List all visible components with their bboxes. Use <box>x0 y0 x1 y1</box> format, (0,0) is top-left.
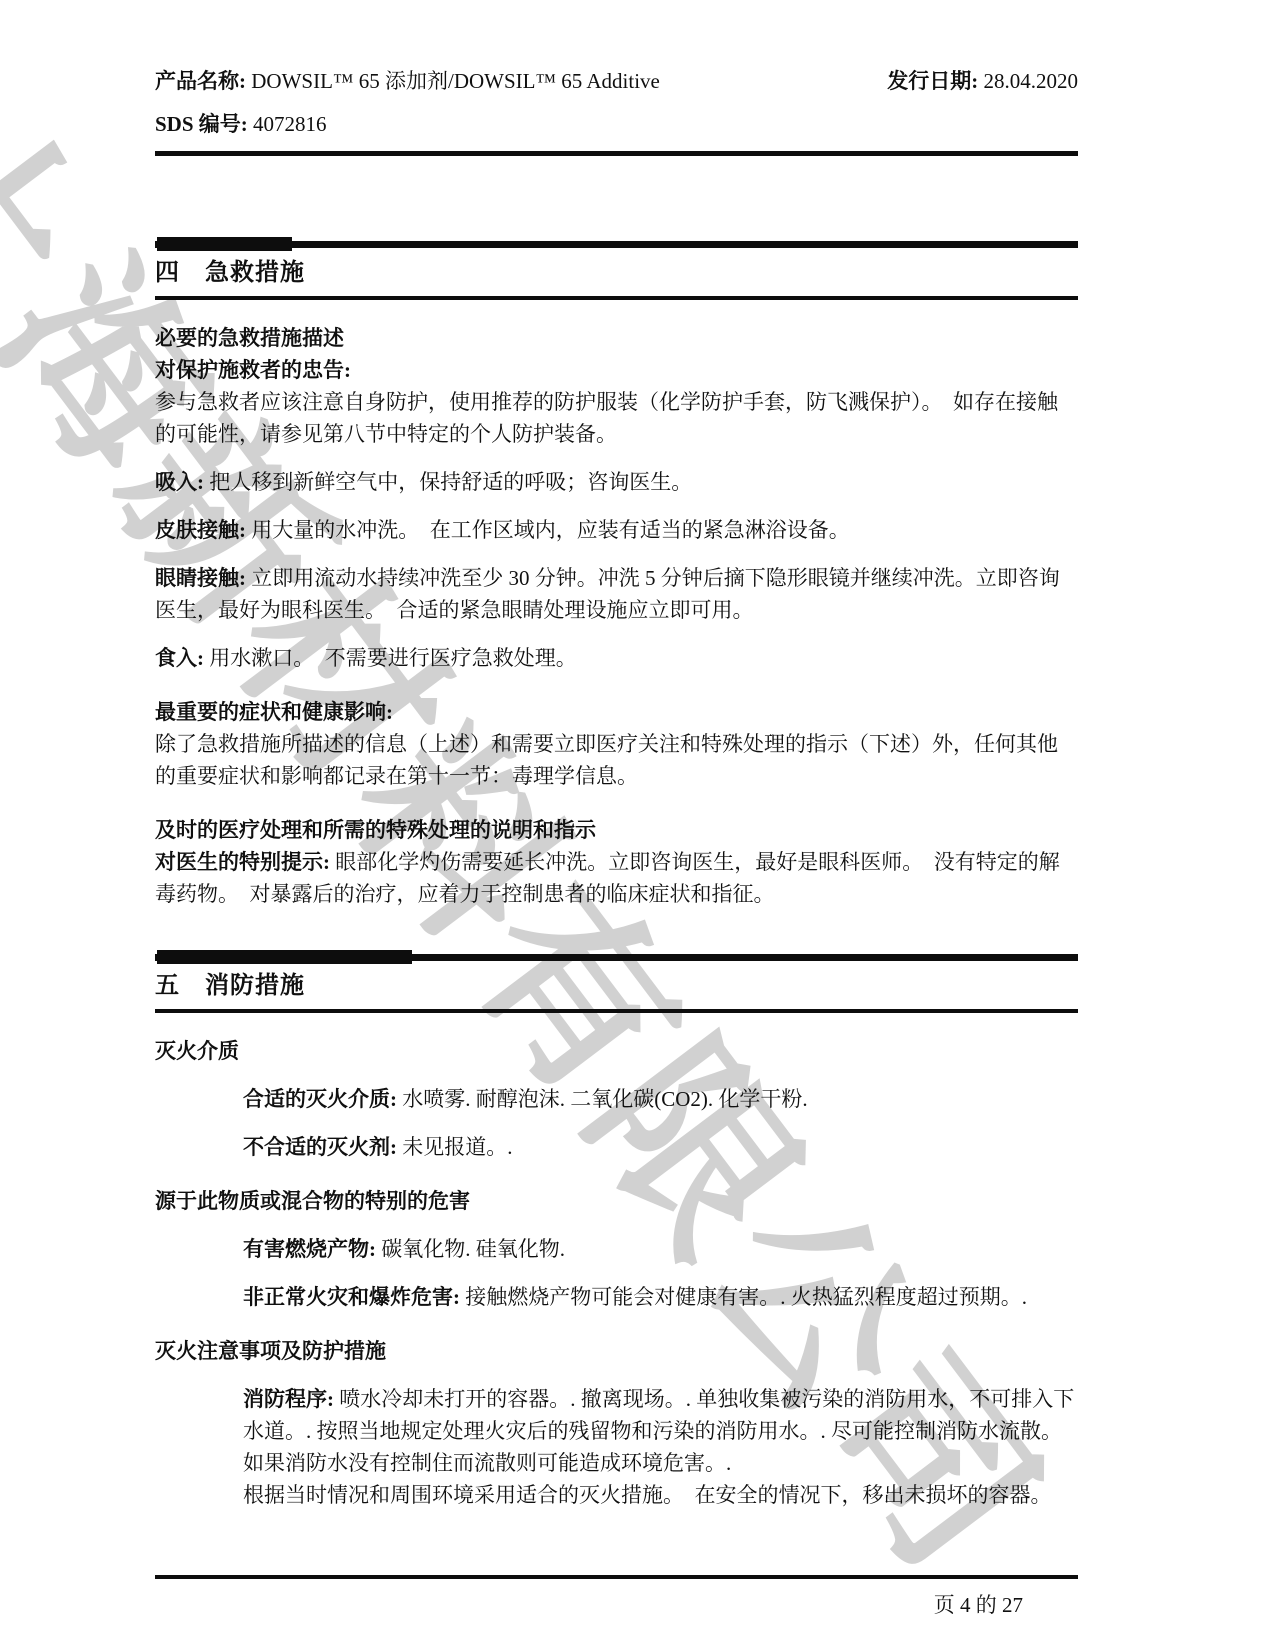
section-rule-bottom <box>155 296 1078 300</box>
sub-heading: 灭火注意事项及防护措施 <box>155 1335 1078 1367</box>
header-rule <box>155 151 1078 156</box>
sds-document-page: 上海新材料有限公司 产品名称: DOWSIL™ 65 添加剂/DOWSIL™ 6… <box>0 0 1275 1650</box>
field-label: 食入: <box>155 646 209 670</box>
field-label: 有害燃烧产物: <box>243 1237 381 1261</box>
section-body: 必要的急救措施描述对保护施救者的忠告:参与急救者应该注意自身防护，使用推荐的防护… <box>155 322 1078 910</box>
paragraph: 合适的灭火介质: 水喷雾. 耐醇泡沫. 二氧化碳(CO2). 化学干粉. <box>243 1083 1078 1115</box>
sub-heading: 对保护施救者的忠告: <box>155 354 1078 386</box>
issue-date-value: 28.04.2020 <box>984 69 1079 93</box>
paragraph: 除了急救措施所描述的信息（上述）和需要立即医疗关注和特殊处理的指示（下述）外，任… <box>155 728 1078 792</box>
section-fire-fighting: 五 消防措施 灭火介质合适的灭火介质: 水喷雾. 耐醇泡沫. 二氧化碳(CO2)… <box>155 954 1078 1511</box>
document-header: 产品名称: DOWSIL™ 65 添加剂/DOWSIL™ 65 Additive… <box>155 0 1078 96</box>
field-label: 对医生的特别提示: <box>155 850 335 874</box>
paragraph: 参与急救者应该注意自身防护，使用推荐的防护服装（化学防护手套，防飞溅保护）。 如… <box>155 386 1078 450</box>
paragraph: 消防程序: 喷水冷却未打开的容器。. 撤离现场。. 单独收集被污染的消防用水，不… <box>243 1383 1078 1511</box>
product-name-label: 产品名称: <box>155 69 246 93</box>
section-rule-top <box>155 241 1078 248</box>
section-body: 灭火介质合适的灭火介质: 水喷雾. 耐醇泡沫. 二氧化碳(CO2). 化学干粉.… <box>155 1035 1078 1511</box>
section-title: 四 急救措施 <box>155 258 1078 288</box>
paragraph: 对医生的特别提示: 眼部化学灼伤需要延长冲洗。立即咨询医生，最好是眼科医师。 没… <box>155 846 1078 910</box>
paragraph: 食入: 用水漱口。 不需要进行医疗急救处理。 <box>155 642 1078 674</box>
paragraph: 不合适的灭火剂: 未见报道。. <box>243 1131 1078 1163</box>
issue-date: 发行日期: 28.04.2020 <box>887 66 1078 96</box>
sds-number-value: 4072816 <box>253 112 327 136</box>
section-first-aid: 四 急救措施 必要的急救措施描述对保护施救者的忠告:参与急救者应该注意自身防护，… <box>155 241 1078 910</box>
paragraph: 有害燃烧产物: 碳氧化物. 硅氧化物. <box>243 1233 1078 1265</box>
issue-date-label: 发行日期: <box>887 69 978 93</box>
field-label: 皮肤接触: <box>155 518 251 542</box>
field-label: 合适的灭火介质: <box>243 1087 402 1111</box>
section-rule-top <box>155 954 1078 961</box>
sub-heading: 最重要的症状和健康影响: <box>155 696 1078 728</box>
page-content: 产品名称: DOWSIL™ 65 添加剂/DOWSIL™ 65 Additive… <box>155 0 1078 1511</box>
paragraph: 吸入: 把人移到新鲜空气中，保持舒适的呼吸；咨询医生。 <box>155 466 1078 498</box>
sds-number: SDS 编号: 4072816 <box>155 109 1078 139</box>
sub-heading: 及时的医疗处理和所需的特殊处理的说明和指示 <box>155 814 1078 846</box>
paragraph: 皮肤接触: 用大量的水冲洗。 在工作区域内，应装有适当的紧急淋浴设备。 <box>155 514 1078 546</box>
section-rule-bottom <box>155 1009 1078 1013</box>
sub-heading: 灭火介质 <box>155 1035 1078 1067</box>
field-label: 吸入: <box>155 470 209 494</box>
sub-heading: 必要的急救措施描述 <box>155 322 1078 354</box>
sub-heading: 源于此物质或混合物的特别的危害 <box>155 1185 1078 1217</box>
sds-number-label: SDS 编号: <box>155 112 248 136</box>
page-footer: 页 4 的 27 <box>155 1575 1078 1619</box>
section-title: 五 消防措施 <box>155 971 1078 1001</box>
paragraph: 眼睛接触: 立即用流动水持续冲洗至少 30 分钟。冲洗 5 分钟后摘下隐形眼镜并… <box>155 562 1078 626</box>
footer-rule <box>155 1575 1078 1579</box>
product-name-value: DOWSIL™ 65 添加剂/DOWSIL™ 65 Additive <box>251 69 660 93</box>
field-label: 不合适的灭火剂: <box>243 1135 402 1159</box>
product-name: 产品名称: DOWSIL™ 65 添加剂/DOWSIL™ 65 Additive <box>155 66 660 96</box>
page-number: 页 4 的 27 <box>155 1591 1078 1619</box>
field-label: 非正常火灾和爆炸危害: <box>243 1285 465 1309</box>
field-label: 消防程序: <box>243 1387 339 1411</box>
paragraph: 非正常火灾和爆炸危害: 接触燃烧产物可能会对健康有害。. 火热猛烈程度超过预期。… <box>243 1281 1078 1313</box>
field-label: 眼睛接触: <box>155 566 251 590</box>
